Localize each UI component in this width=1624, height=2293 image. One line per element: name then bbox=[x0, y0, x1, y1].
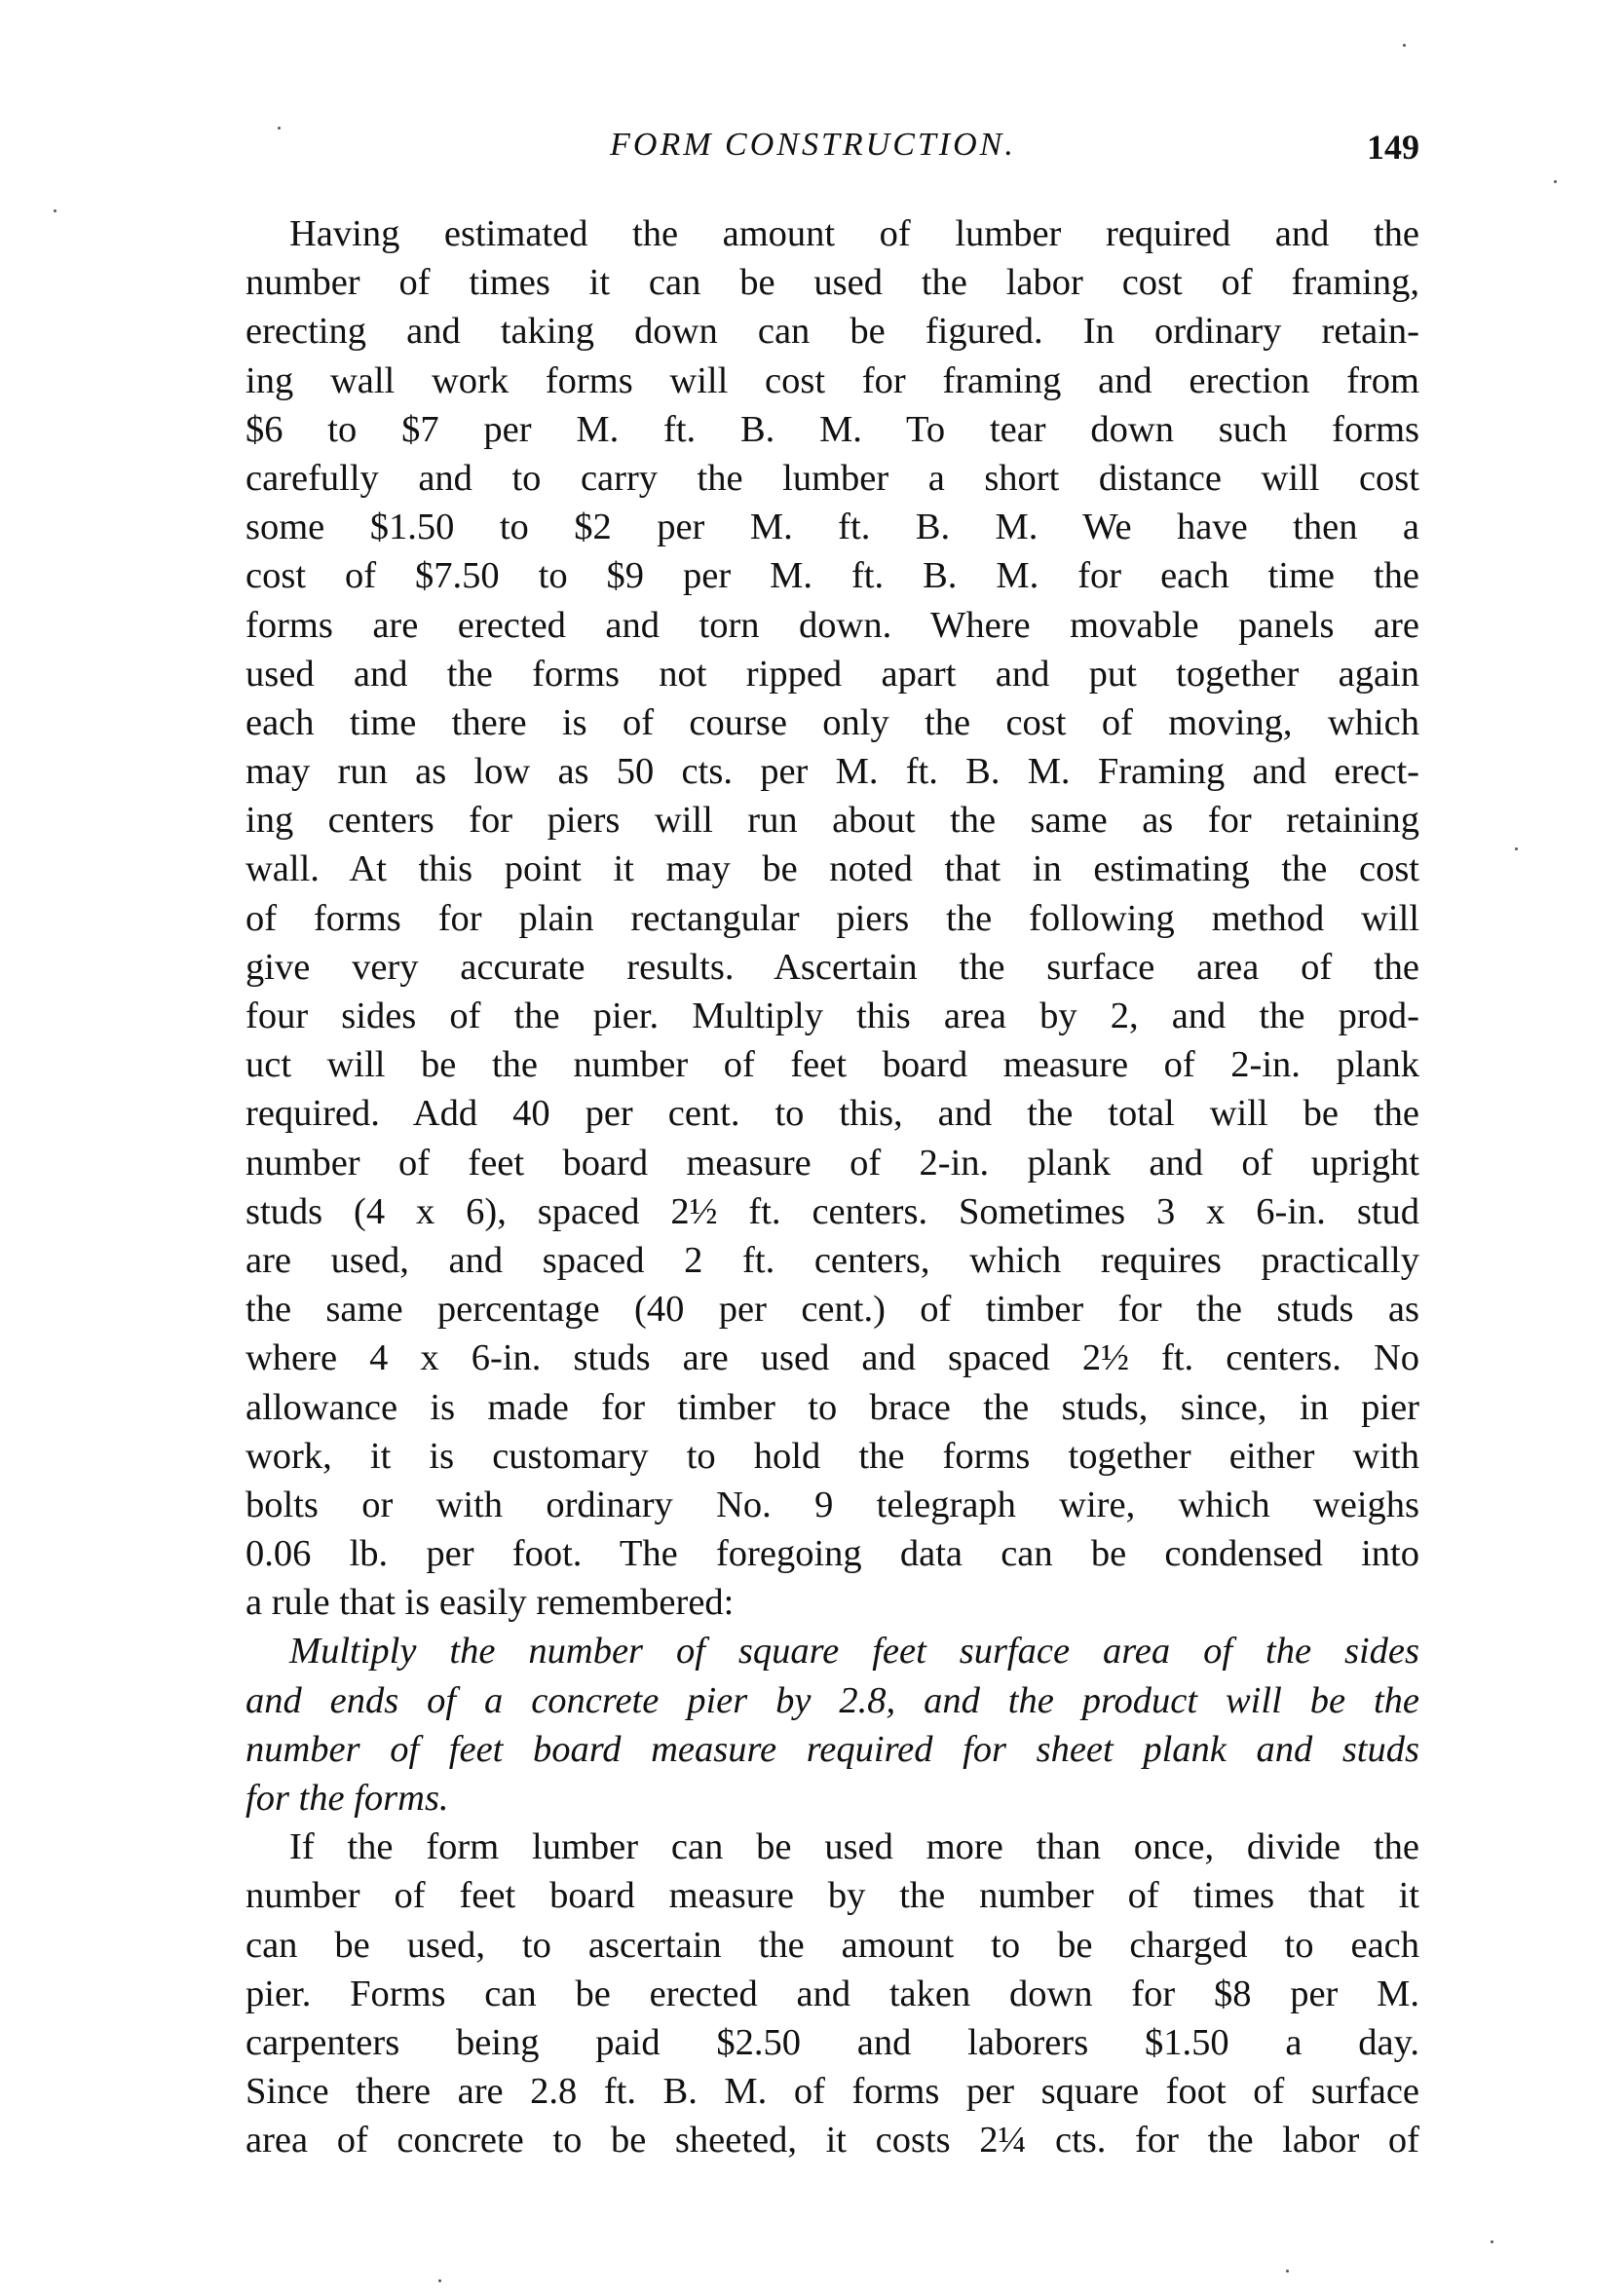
text-line: Since there are 2.8 ft. B. M. of forms p… bbox=[245, 2067, 1419, 2116]
text-line: $6 to $7 per M. ft. B. M. To tear down s… bbox=[245, 405, 1419, 454]
scan-speck bbox=[438, 2279, 441, 2282]
text-line: number of feet board measure by the numb… bbox=[245, 1871, 1419, 1920]
text-line: carpenters being paid $2.50 and laborers… bbox=[245, 2018, 1419, 2067]
text-line: Multiply the number of square feet surfa… bbox=[245, 1627, 1419, 1675]
paragraph-reuse-lumber: If the form lumber can be used more than… bbox=[245, 1823, 1419, 2164]
text-line: area of concrete to be sheeted, it costs… bbox=[245, 2116, 1419, 2164]
text-line: where 4 x 6-in. studs are used and space… bbox=[245, 1334, 1419, 1382]
text-line: may run as low as 50 cts. per M. ft. B. … bbox=[245, 747, 1419, 796]
scan-speck bbox=[54, 209, 57, 212]
scan-speck bbox=[1515, 847, 1518, 850]
text-line: work, it is customary to hold the forms … bbox=[245, 1432, 1419, 1481]
scan-speck bbox=[1403, 44, 1406, 47]
text-line: forms are erected and torn down. Where m… bbox=[245, 601, 1419, 650]
body-text: Having estimated the amount of lumber re… bbox=[245, 209, 1419, 2165]
text-line: allowance is made for timber to brace th… bbox=[245, 1383, 1419, 1432]
text-line: of forms for plain rectangular piers the… bbox=[245, 894, 1419, 943]
text-line: the same percentage (40 per cent.) of ti… bbox=[245, 1285, 1419, 1334]
scan-speck bbox=[278, 127, 281, 130]
text-line: Having estimated the amount of lumber re… bbox=[245, 209, 1419, 258]
text-line: used and the forms not ripped apart and … bbox=[245, 650, 1419, 698]
text-line: number of feet board measure of 2-in. pl… bbox=[245, 1139, 1419, 1187]
text-line: for the forms. bbox=[245, 1774, 1419, 1823]
text-line: If the form lumber can be used more than… bbox=[245, 1823, 1419, 1871]
text-line: pier. Forms can be erected and taken dow… bbox=[245, 1970, 1419, 2018]
scan-speck bbox=[1286, 2270, 1289, 2273]
book-page: FORM CONSTRUCTION. 149 Having estimated … bbox=[245, 117, 1419, 2165]
text-line: required. Add 40 per cent. to this, and … bbox=[245, 1089, 1419, 1138]
text-line: studs (4 x 6), spaced 2½ ft. centers. So… bbox=[245, 1187, 1419, 1236]
text-line: number of feet board measure required fo… bbox=[245, 1725, 1419, 1774]
text-line: cost of $7.50 to $9 per M. ft. B. M. for… bbox=[245, 551, 1419, 600]
scan-speck bbox=[1491, 2240, 1493, 2243]
page-number: 149 bbox=[1367, 127, 1419, 168]
text-line: erecting and taking down can be figured.… bbox=[245, 307, 1419, 356]
running-header: FORM CONSTRUCTION. 149 bbox=[245, 117, 1419, 185]
text-line: give very accurate results. Ascertain th… bbox=[245, 943, 1419, 992]
text-line: 0.06 lb. per foot. The foregoing data ca… bbox=[245, 1529, 1419, 1578]
text-line: a rule that is easily remembered: bbox=[245, 1578, 1419, 1627]
text-line: ing wall work forms will cost for framin… bbox=[245, 357, 1419, 405]
scan-speck bbox=[1554, 180, 1557, 183]
text-line: carefully and to carry the lumber a shor… bbox=[245, 454, 1419, 503]
text-line: uct will be the number of feet board mea… bbox=[245, 1040, 1419, 1089]
text-line: are used, and spaced 2 ft. centers, whic… bbox=[245, 1236, 1419, 1285]
text-line: bolts or with ordinary No. 9 telegraph w… bbox=[245, 1481, 1419, 1529]
paragraph-lumber-costs: Having estimated the amount of lumber re… bbox=[245, 209, 1419, 1627]
text-line: number of times it can be used the labor… bbox=[245, 258, 1419, 307]
text-line: ing centers for piers will run about the… bbox=[245, 796, 1419, 845]
text-line: can be used, to ascertain the amount to … bbox=[245, 1921, 1419, 1970]
text-line: four sides of the pier. Multiply this ar… bbox=[245, 992, 1419, 1040]
running-title: FORM CONSTRUCTION. bbox=[245, 127, 1419, 164]
text-line: and ends of a concrete pier by 2.8, and … bbox=[245, 1676, 1419, 1725]
paragraph-rule-italic: Multiply the number of square feet surfa… bbox=[245, 1627, 1419, 1823]
text-line: some $1.50 to $2 per M. ft. B. M. We hav… bbox=[245, 503, 1419, 551]
text-line: wall. At this point it may be noted that… bbox=[245, 845, 1419, 893]
text-line: each time there is of course only the co… bbox=[245, 698, 1419, 747]
